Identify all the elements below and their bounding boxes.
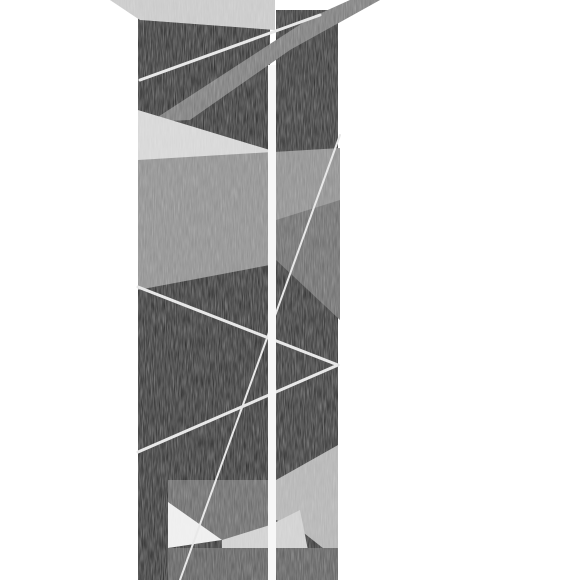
column-body	[110, 0, 380, 580]
abstract-artwork	[0, 0, 580, 580]
white-vertical-line	[268, 65, 276, 580]
bottom-strip	[168, 548, 338, 580]
